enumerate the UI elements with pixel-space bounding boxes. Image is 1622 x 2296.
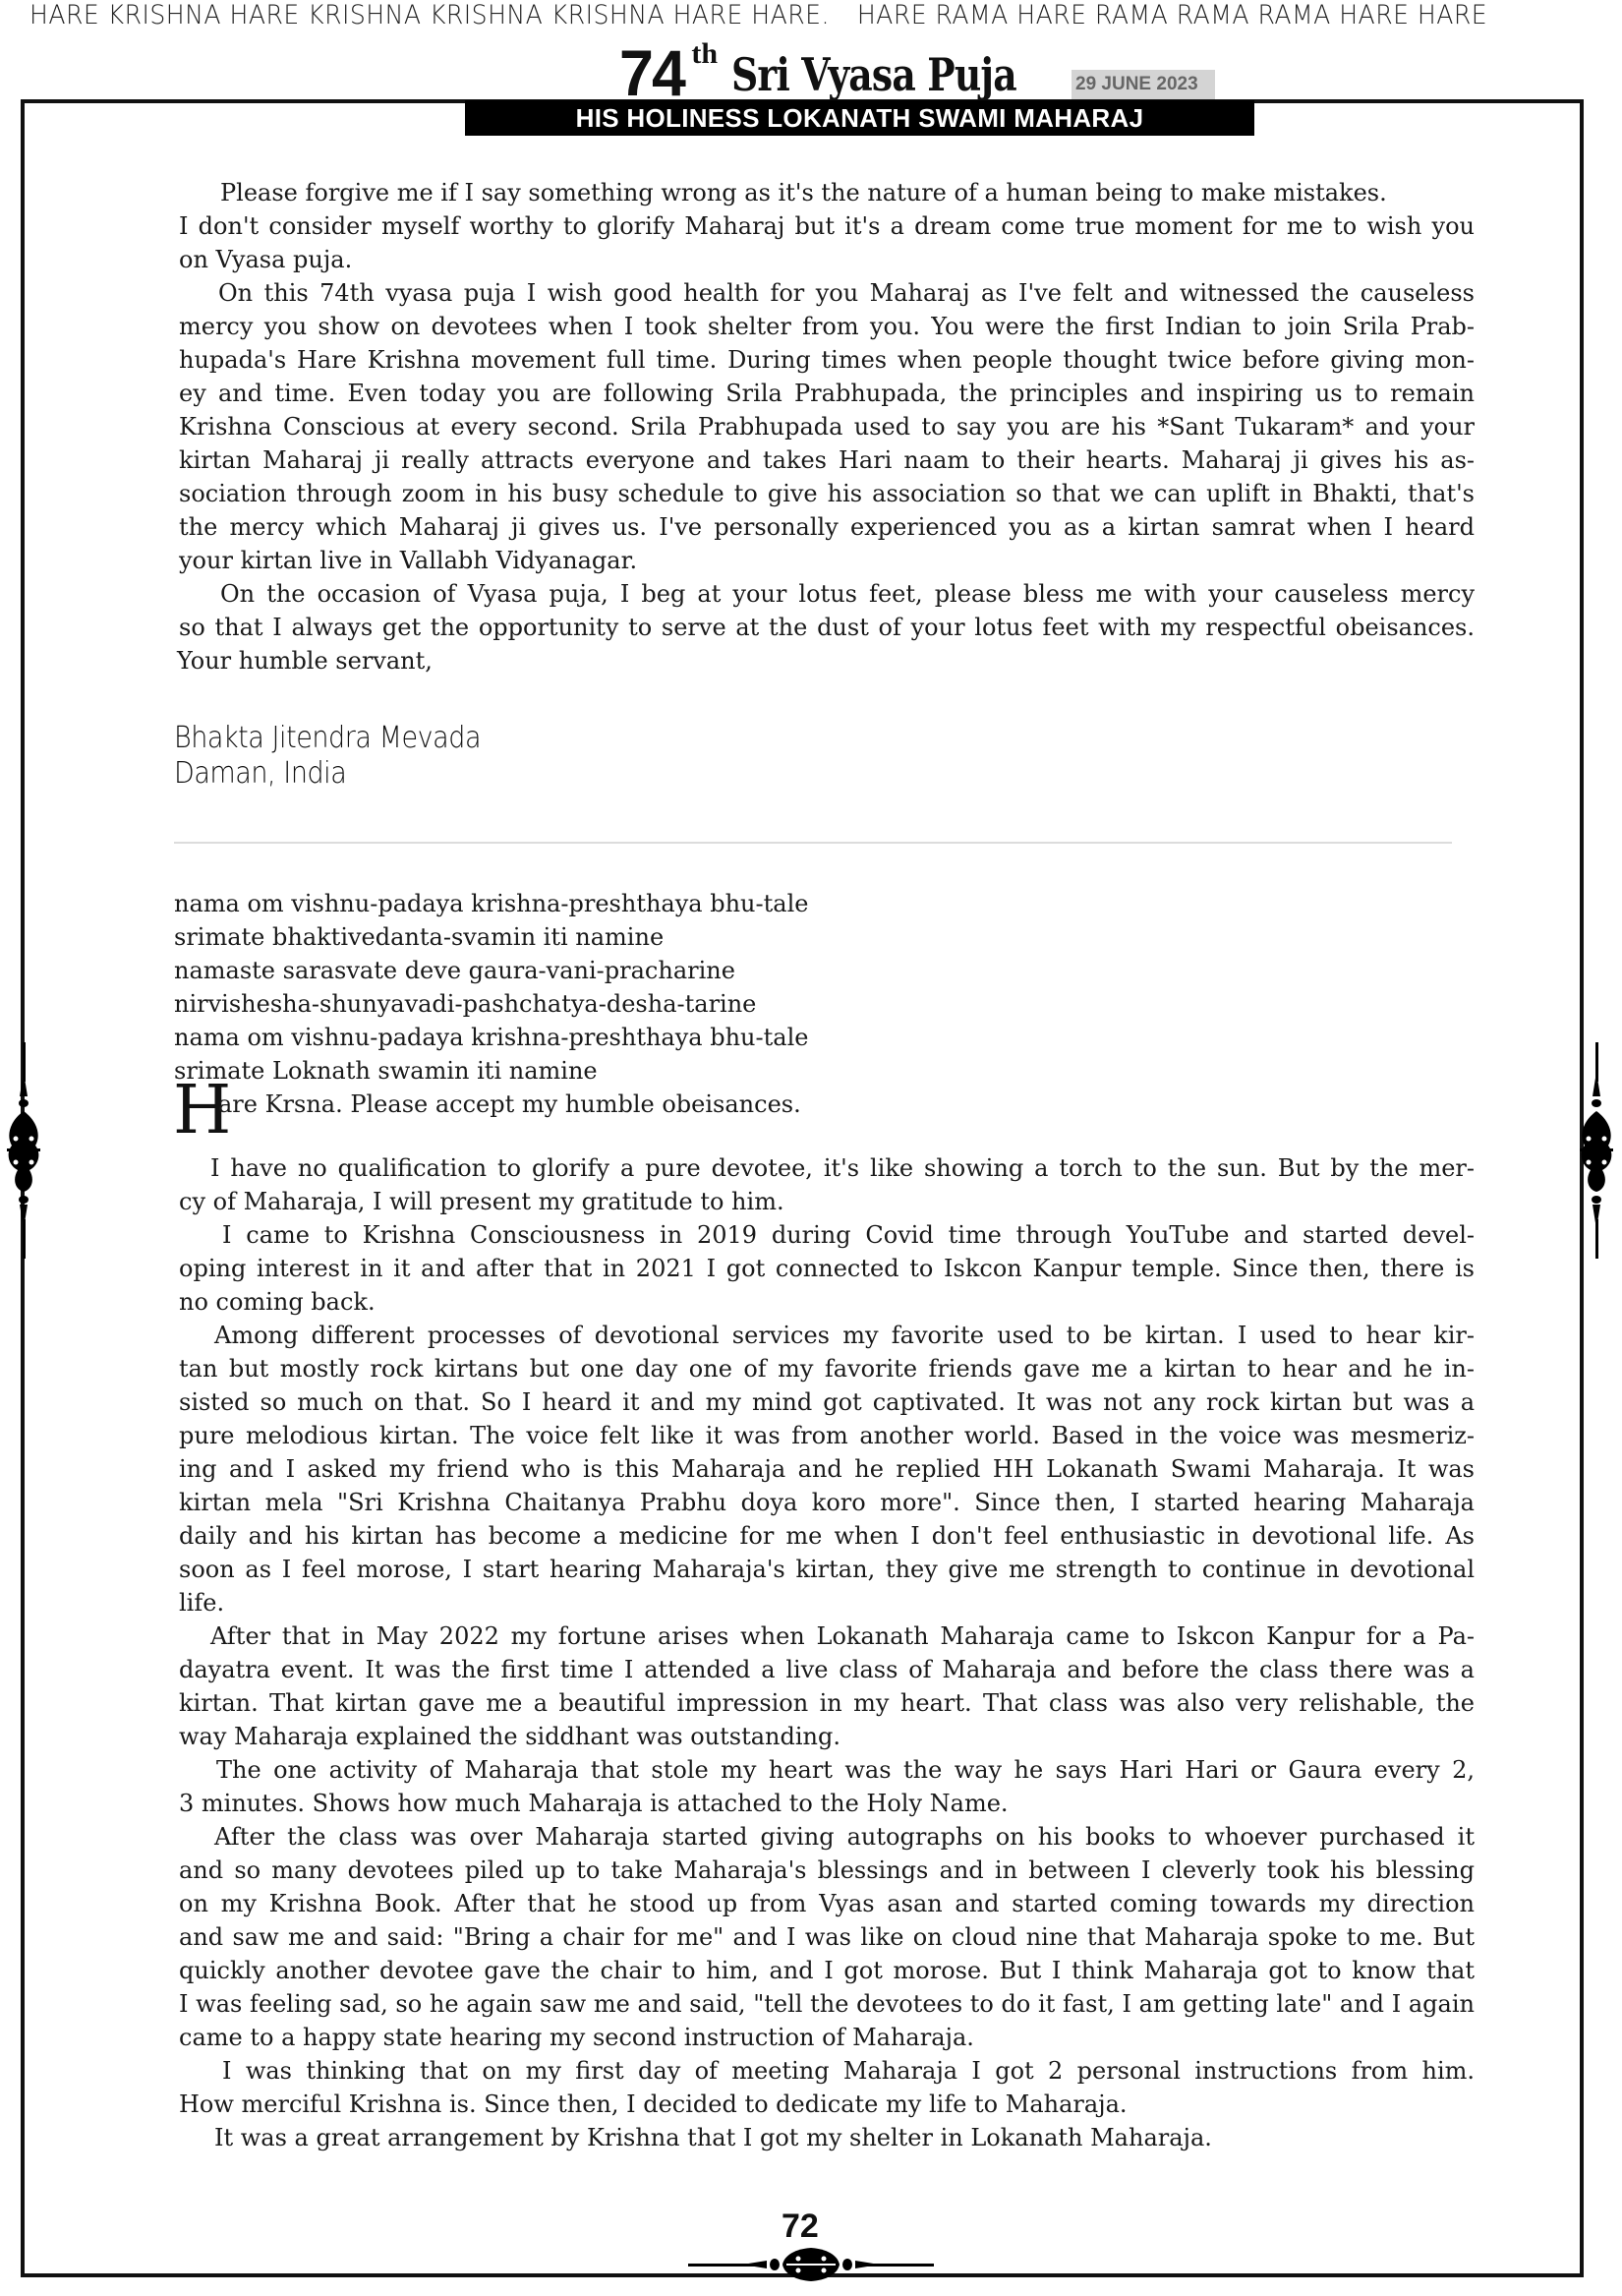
paragraph-line: life. — [179, 1588, 1475, 1618]
paragraph-line: How merciful Krishna is. Since then, I d… — [179, 2090, 1475, 2119]
paragraph-line: cy of Maharaja, I will present my gratit… — [179, 1187, 1475, 1216]
paragraph-line: kirtan mela "Sri Krishna Chaitanya Prabh… — [179, 1488, 1475, 1517]
paragraph-line: sisted so much on that. So I heard it an… — [179, 1387, 1475, 1417]
paragraph-line: came to a happy state hearing my second … — [179, 2023, 1475, 2052]
paragraph-line: Please forgive me if I say something wro… — [220, 178, 1475, 207]
paragraph-line: soon as I feel morose, I start hearing M… — [179, 1555, 1475, 1584]
title-number: 74 — [619, 43, 684, 102]
paragraph-line: ey and time. Even today you are followin… — [179, 379, 1475, 408]
paragraph-line: I have no qualification to glorify a pur… — [210, 1153, 1475, 1183]
paragraph-line: tan but mostly rock kirtans but one day … — [179, 1354, 1475, 1383]
paragraph-line: mercy you show on devotees when I took s… — [179, 312, 1475, 341]
section-divider — [174, 842, 1452, 844]
fleuron-left-icon — [4, 1042, 43, 1259]
paragraph-line: and so many devotees piled up to take Ma… — [179, 1855, 1475, 1885]
mantra-right: HARE RAMA HARE RAMA RAMA RAMA HARE HARE — [857, 0, 1487, 33]
paragraph-line: quickly another devotee gave the chair t… — [179, 1956, 1475, 1985]
paragraph-line: on Vyasa puja. — [179, 245, 1475, 274]
signature-name: Bhakta Jitendra Mevada — [174, 721, 481, 756]
verse-line: nama om vishnu-padaya krishna-preshthaya… — [174, 889, 808, 918]
page-number: 72 — [782, 2208, 819, 2246]
name-banner: HIS HOLINESS LOKANATH SWAMI MAHARAJ — [465, 100, 1254, 136]
paragraph-line: I was feeling sad, so he again saw me an… — [179, 1989, 1475, 2019]
mantra-header: HARE KRISHNA HARE KRISHNA KRISHNA KRISHN… — [29, 0, 1501, 33]
verse-line: nirvishesha-shunyavadi-pashchatya-desha-… — [174, 989, 756, 1019]
signature-place: Daman, India — [174, 756, 346, 792]
paragraph-line: Krishna Conscious at every second. Srila… — [179, 412, 1475, 442]
mantra-left: HARE KRISHNA HARE KRISHNA KRISHNA KRISHN… — [29, 0, 830, 33]
paragraph-line: On this 74th vyasa puja I wish good heal… — [218, 278, 1475, 308]
paragraph-line: After the class was over Maharaja starte… — [214, 1822, 1475, 1852]
paragraph-line: hupada's Hare Krishna movement full time… — [179, 345, 1475, 375]
paragraph-line: kirtan. That kirtan gave me a beautiful … — [179, 1688, 1475, 1718]
paragraph-line: 3 minutes. Shows how much Maharaja is at… — [179, 1789, 1475, 1818]
paragraph-line: I was thinking that on my first day of m… — [222, 2056, 1475, 2086]
paragraph-line: ing and I asked my friend who is this Ma… — [179, 1454, 1475, 1484]
paragraph-line: On the occasion of Vyasa puja, I beg at … — [220, 579, 1475, 609]
fleuron-divider-icon — [688, 2245, 934, 2284]
paragraph-line: sociation through zoom in his busy sched… — [179, 479, 1475, 508]
verse-line: nama om vishnu-padaya krishna-preshthaya… — [174, 1023, 808, 1052]
paragraph-line: way Maharaja explained the siddhant was … — [179, 1722, 1475, 1751]
paragraph-line: your kirtan live in Vallabh Vidyanagar. — [179, 546, 1475, 575]
paragraph-line: I don't consider myself worthy to glorif… — [179, 211, 1475, 241]
paragraph-line: I came to Krishna Consciousness in 2019 … — [222, 1220, 1475, 1250]
verse-line: srimate bhaktivedanta-svamin iti namine — [174, 922, 664, 952]
page-title: 74 th Sri Vyasa Puja — [619, 39, 1079, 102]
paragraph-line: After that in May 2022 my fortune arises… — [210, 1621, 1475, 1651]
fleuron-right-icon — [1577, 1042, 1616, 1259]
paragraph-line: on my Krishna Book. After that he stood … — [179, 1889, 1475, 1918]
title-superscript: th — [691, 37, 718, 71]
paragraph-line: the mercy which Maharaj ji gives us. I'v… — [179, 512, 1475, 542]
paragraph-line: and saw me and said: "Bring a chair for … — [179, 1922, 1475, 1952]
title-text: Sri Vyasa Puja — [731, 47, 1016, 102]
greeting-line: are Krsna. Please accept my humble obeis… — [218, 1089, 801, 1119]
closing-line: Your humble servant, — [177, 646, 433, 676]
date-badge: 29 JUNE 2023 — [1072, 70, 1215, 99]
paragraph-line: Among different processes of devotional … — [214, 1321, 1475, 1350]
paragraph-line: kirtan Maharaj ji really attracts everyo… — [179, 445, 1475, 475]
verse-line: srimate Loknath swamin iti namine — [174, 1056, 598, 1086]
paragraph-line: oping interest in it and after that in 2… — [179, 1254, 1475, 1283]
paragraph-line: no coming back. — [179, 1287, 1475, 1317]
verse-line: namaste sarasvate deve gaura-vani-pracha… — [174, 956, 735, 985]
paragraph-line: so that I always get the opportunity to … — [179, 613, 1475, 642]
paragraph-line: pure melodious kirtan. The voice felt li… — [179, 1421, 1475, 1450]
paragraph-line: It was a great arrangement by Krishna th… — [214, 2123, 1212, 2152]
paragraph-line: dayatra event. It was the first time I a… — [179, 1655, 1475, 1684]
paragraph-line: daily and his kirtan has become a medici… — [179, 1521, 1475, 1551]
paragraph-line: The one activity of Maharaja that stole … — [216, 1755, 1475, 1785]
